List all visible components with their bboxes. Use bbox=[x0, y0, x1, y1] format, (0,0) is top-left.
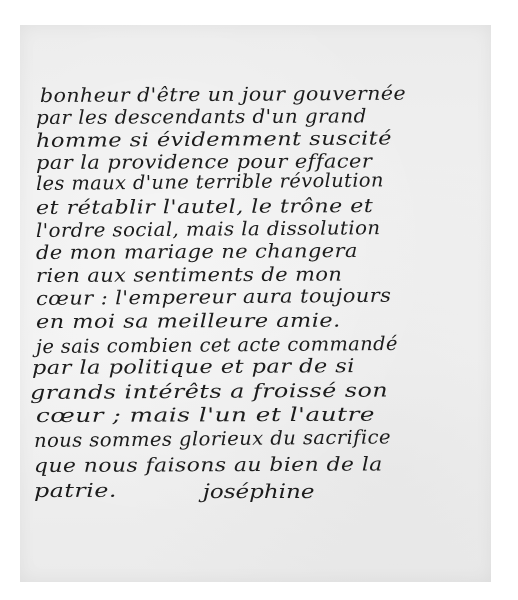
letter-line-16: nous sommes glorieux du sacrifice bbox=[34, 426, 391, 452]
letter-line-18: patrie. bbox=[34, 480, 117, 502]
letter-line-15: cœur ; mais l'un et l'autre bbox=[36, 404, 375, 427]
letter-page: bonheur d'être un jour gouvernée par les… bbox=[20, 25, 491, 582]
letter-line-2: par les descendants d'un grand bbox=[36, 105, 367, 129]
letter-line-5: les maux d'une terrible révolution bbox=[36, 169, 384, 195]
letter-line-6: et rétablir l'autel, le trône et bbox=[36, 195, 373, 219]
letter-line-9: rien aux sentiments de mon bbox=[36, 264, 342, 287]
letter-line-14: grands intérêts a froissé son bbox=[30, 380, 388, 404]
letter-line-17: que nous faisons au bien de la bbox=[34, 453, 383, 477]
letter-line-11: en moi sa meilleure amie. bbox=[36, 310, 341, 333]
letter-line-10: cœur : l'empereur aura toujours bbox=[36, 285, 392, 310]
letter-line-1: bonheur d'être un jour gouvernée bbox=[40, 83, 406, 107]
letter-line-3: homme si évidemment suscité bbox=[36, 127, 392, 152]
letter-line-7: l'ordre social, mais la dissolution bbox=[36, 217, 381, 242]
letter-line-8: de mon mariage ne changera bbox=[36, 240, 358, 264]
signature: joséphine bbox=[203, 479, 315, 503]
letter-line-13: par la politique et par de si bbox=[32, 355, 355, 379]
